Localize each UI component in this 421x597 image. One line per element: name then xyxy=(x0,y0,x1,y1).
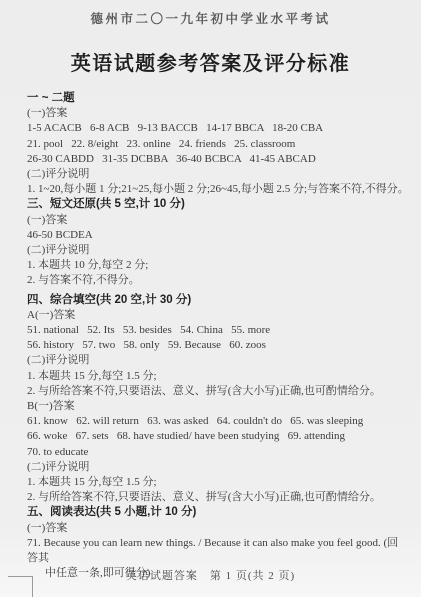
document-line: 2. 与所给答案不符,只要语法、意义、拼写(含大小写)正确,也可酌情给分。 xyxy=(27,384,409,399)
document-line: 一 ~ 二题 xyxy=(27,91,409,106)
exam-header: 德州市二〇一九年初中学业水平考试 xyxy=(0,9,421,27)
document-line: 1. 1~20,每小题 1 分;21~25,每小题 2 分;26~45,每小题 … xyxy=(27,182,409,197)
document-line: 五、阅读表达(共 5 小题,计 10 分) xyxy=(27,505,409,520)
document-line: 1. 本题共 15 分,每空 1.5 分; xyxy=(27,369,409,384)
document-line: 61. know 62. will return 63. was asked 6… xyxy=(27,414,409,429)
corner-fold-mark xyxy=(8,576,33,597)
document-line: 71. Because you can learn new things. / … xyxy=(27,536,409,566)
document-line: 2. 与答案不符,不得分。 xyxy=(27,273,409,288)
document-line: 70. to educate xyxy=(27,445,409,460)
document-line: 1. 本题共 15 分,每空 1.5 分; xyxy=(27,475,409,490)
scanned-answer-document: 德州市二〇一九年初中学业水平考试 英语试题参考答案及评分标准 一 ~ 二题(一)… xyxy=(0,0,421,597)
document-line: (一)答案 xyxy=(27,521,409,536)
document-line: 56. history 57. two 58. only 59. Because… xyxy=(27,338,409,353)
document-line: B(一)答案 xyxy=(27,399,409,414)
document-line: 三、短文还原(共 5 空,计 10 分) xyxy=(27,197,409,212)
document-line: 26-30 CABDD 31-35 DCBBA 36-40 BCBCA 41-4… xyxy=(27,152,409,167)
document-line: 四、综合填空(共 20 空,计 30 分) xyxy=(27,293,409,308)
document-line: 51. national 52. Its 53. besides 54. Chi… xyxy=(27,323,409,338)
document-line: (二)评分说明 xyxy=(27,167,409,182)
document-body: 一 ~ 二题(一)答案1-5 ACACB 6-8 ACB 9-13 BACCB … xyxy=(0,91,421,582)
document-line: 46-50 BCDEA xyxy=(27,228,409,243)
document-line: (一)答案 xyxy=(27,213,409,228)
document-line: 1-5 ACACB 6-8 ACB 9-13 BACCB 14-17 BBCA … xyxy=(27,121,409,136)
page-footer: 英语试题答案 第 1 页(共 2 页) xyxy=(0,567,421,583)
document-line: (二)评分说明 xyxy=(27,353,409,368)
document-line: A(一)答案 xyxy=(27,308,409,323)
document-line: 2. 与所给答案不符,只要语法、意义、拼写(含大小写)正确,也可酌情给分。 xyxy=(27,490,409,505)
document-line: 21. pool 22. 8/eight 23. online 24. frie… xyxy=(27,137,409,152)
document-line: (一)答案 xyxy=(27,106,409,121)
document-line: (二)评分说明 xyxy=(27,243,409,258)
document-line: 66. woke 67. sets 68. have studied/ have… xyxy=(27,429,409,444)
document-line: 1. 本题共 10 分,每空 2 分; xyxy=(27,258,409,273)
document-line: (二)评分说明 xyxy=(27,460,409,475)
document-title: 英语试题参考答案及评分标准 xyxy=(0,47,421,76)
